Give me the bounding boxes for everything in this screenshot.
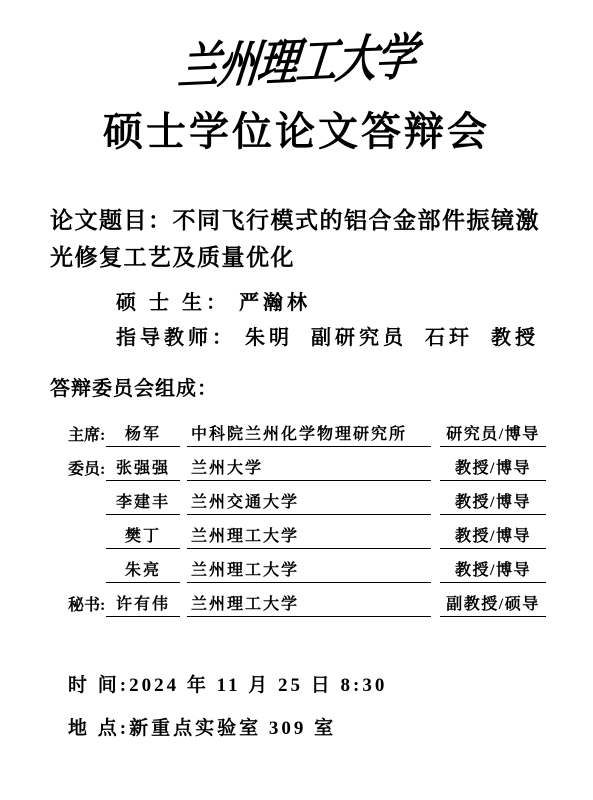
member-rank: 副教授/硕导	[440, 591, 546, 617]
defense-announcement-page: 兰州理工大学 硕士学位论文答辩会 论文题目：不同飞行模式的铝合金部件振镜激光修复…	[0, 0, 593, 800]
role-label	[68, 547, 106, 549]
university-logo-calligraphy: 兰州理工大学	[174, 21, 418, 103]
role-label	[68, 581, 106, 583]
member-affiliation: 兰州理工大学	[187, 557, 431, 583]
advisor-label: 指导教师：	[116, 327, 236, 349]
role-label: 委员:	[68, 456, 106, 481]
member-name: 樊丁	[106, 523, 180, 549]
place-value: 新重点实验室 309 室	[129, 718, 336, 739]
place-line: 地 点:新重点实验室 309 室	[68, 716, 593, 742]
member-name: 张强强	[106, 455, 180, 481]
member-affiliation: 兰州理工大学	[187, 591, 431, 617]
advisor-names: 朱明 副研究员 石玕 教授	[245, 327, 539, 349]
committee-row: 李建丰 兰州交通大学 教授/博导	[68, 481, 593, 515]
member-rank: 教授/博导	[440, 523, 546, 549]
member-affiliation: 兰州大学	[187, 455, 431, 481]
student-name: 严瀚林	[239, 292, 311, 314]
committee-heading: 答辩委员会组成：	[50, 375, 593, 403]
committee-row: 委员: 张强强 兰州大学 教授/博导	[68, 447, 593, 481]
time-line: 时 间:2024 年 11 月 25 日 8:30	[68, 673, 593, 699]
time-value: 2024 年 11 月 25 日 8:30	[129, 675, 387, 696]
role-label: 秘书:	[68, 592, 106, 617]
role-label: 主席:	[68, 422, 106, 447]
place-label: 地 点:	[68, 718, 129, 739]
university-logo-wrap: 兰州理工大学	[0, 26, 593, 98]
committee-table: 主席: 杨军 中科院兰州化学物理研究所 研究员/博导 委员: 张强强 兰州大学 …	[68, 413, 593, 617]
member-rank: 教授/博导	[440, 557, 546, 583]
member-affiliation: 兰州理工大学	[187, 523, 431, 549]
member-name: 杨军	[106, 421, 180, 447]
committee-row: 樊丁 兰州理工大学 教授/博导	[68, 515, 593, 549]
member-rank: 教授/博导	[440, 455, 546, 481]
page-title: 硕士学位论文答辩会	[0, 106, 593, 158]
committee-row: 主席: 杨军 中科院兰州化学物理研究所 研究员/博导	[68, 413, 593, 447]
committee-row: 秘书: 许有伟 兰州理工大学 副教授/硕导	[68, 583, 593, 617]
time-label: 时 间:	[68, 675, 129, 696]
student-label: 硕 士 生：	[116, 292, 230, 314]
member-affiliation: 中科院兰州化学物理研究所	[187, 421, 431, 447]
role-label	[68, 513, 106, 515]
member-name: 朱亮	[106, 557, 180, 583]
member-name: 李建丰	[106, 489, 180, 515]
member-affiliation: 兰州交通大学	[187, 489, 431, 515]
student-line: 硕 士 生： 严瀚林	[116, 289, 593, 317]
thesis-title-line: 论文题目：不同飞行模式的铝合金部件振镜激光修复工艺及质量优化	[50, 202, 552, 276]
member-rank: 教授/博导	[440, 489, 546, 515]
advisor-line: 指导教师： 朱明 副研究员 石玕 教授	[116, 324, 593, 352]
committee-row: 朱亮 兰州理工大学 教授/博导	[68, 549, 593, 583]
member-rank: 研究员/博导	[440, 421, 546, 447]
member-name: 许有伟	[106, 591, 180, 617]
thesis-title-label: 论文题目：	[50, 208, 173, 233]
